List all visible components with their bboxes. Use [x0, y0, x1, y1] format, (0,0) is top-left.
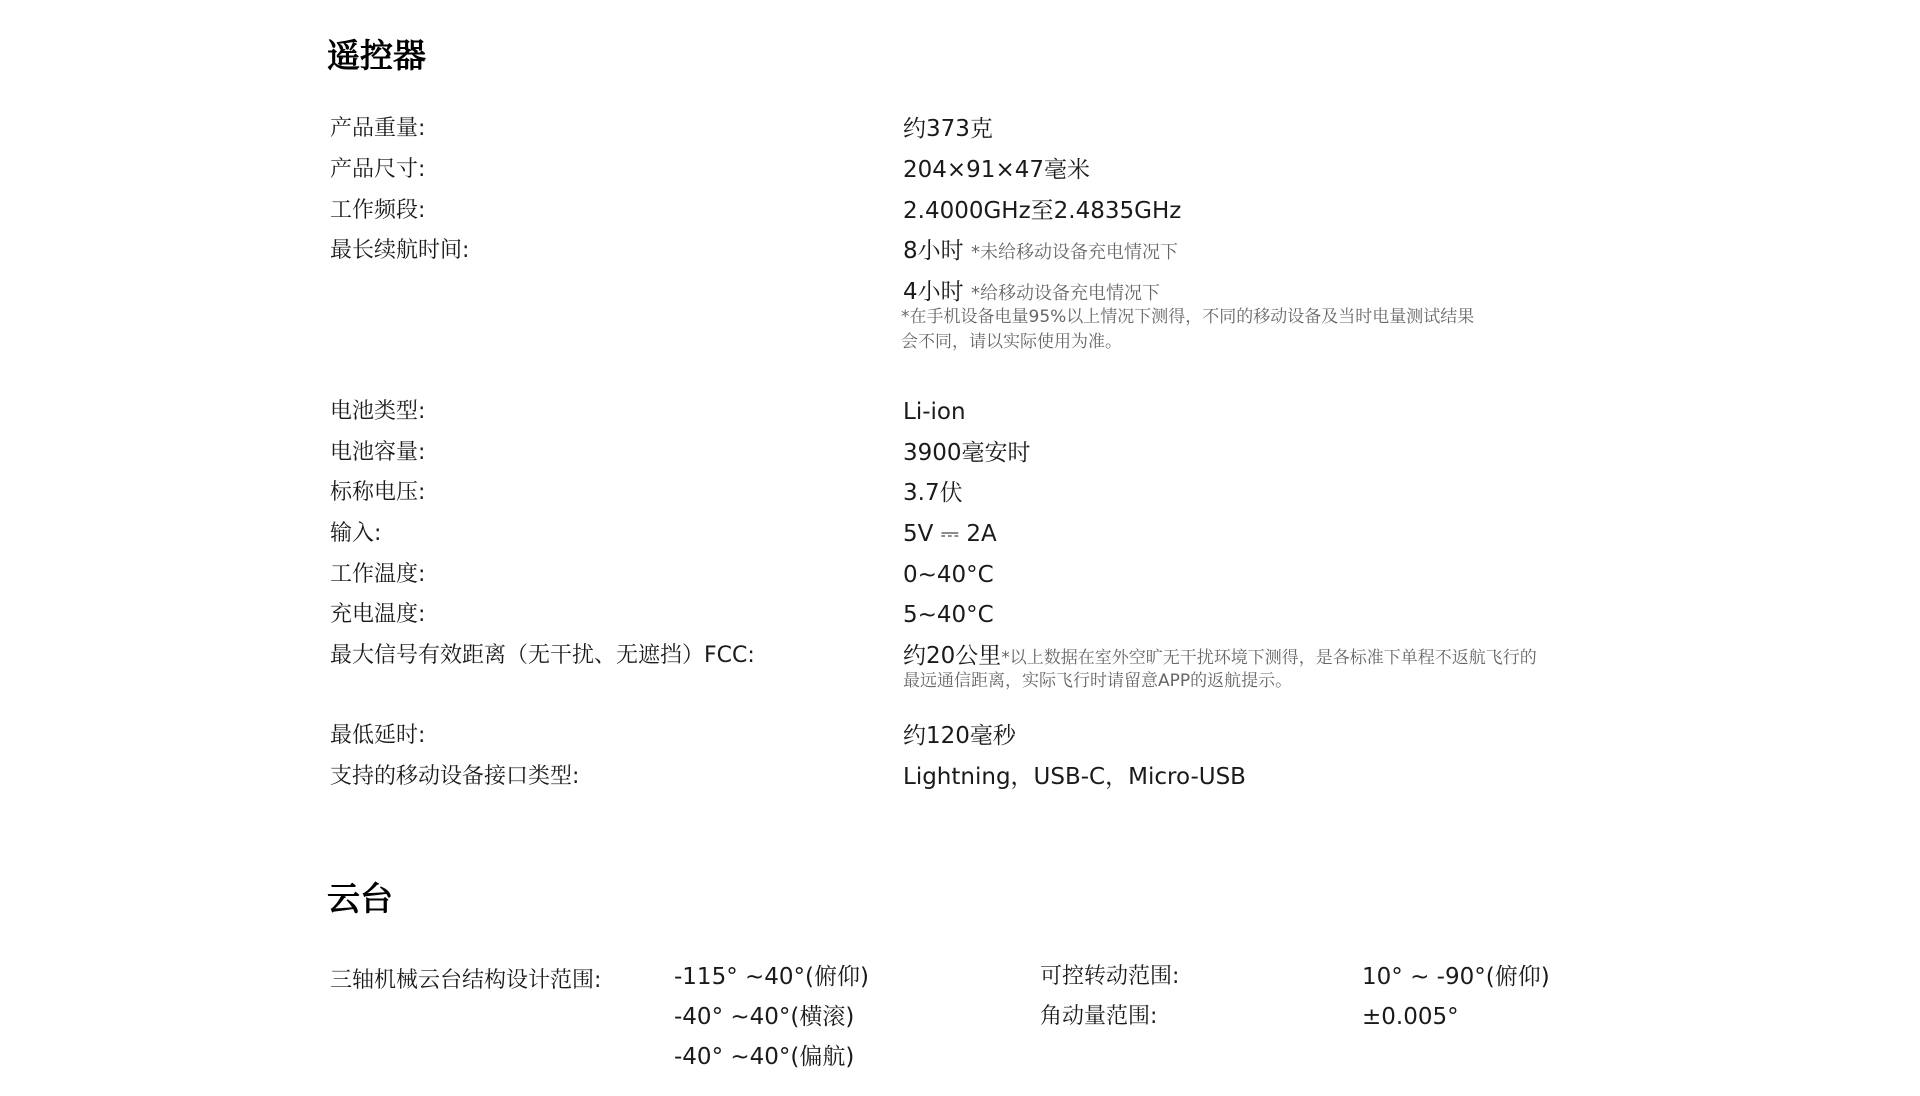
spec-value-input: 5V ⎓ 2A [903, 519, 997, 549]
gimbal-angular-label: 角动量范围: [1040, 1002, 1157, 1032]
spec-label-frequency: 工作频段: [330, 196, 425, 226]
spec-label-input: 输入: [330, 519, 381, 549]
gimbal-structure-value-roll: -40° ~40°(横滚) [674, 1002, 854, 1032]
max-range-value: 约20公里 [903, 643, 1001, 669]
spec-value-voltage: 3.7伏 [903, 478, 963, 508]
battery-footnote-line-2: 会不同，请以实际使用为准。 [901, 330, 1122, 354]
spec-label-battery-type: 电池类型: [330, 397, 425, 427]
max-range-note: *以上数据在室外空旷无干扰环境下测得，是各标准下单程不返航飞行的 [1001, 648, 1537, 668]
battery-life-value: 8小时 [903, 238, 964, 264]
spec-label-dimensions: 产品尺寸: [330, 155, 425, 185]
gimbal-controllable-value: 10° ~ -90°(俯仰) [1362, 962, 1550, 992]
gimbal-structure-value-pitch: -115° ~40°(俯仰) [674, 962, 869, 992]
spec-value-battery-life-8h: 8小时 *未给移动设备充电情况下 [903, 236, 1178, 268]
spec-label-weight: 产品重量: [330, 114, 425, 144]
spec-label-charging-temp: 充电温度: [330, 600, 425, 630]
spec-label-battery-life: 最长续航时间: [330, 236, 469, 266]
spec-label-max-range: 最大信号有效距离（无干扰、无遮挡）FCC: [330, 641, 755, 671]
spec-value-ports: Lightning，USB-C，Micro-USB [903, 762, 1246, 792]
spec-value-battery-capacity: 3900毫安时 [903, 438, 1031, 468]
spec-value-charging-temp: 5~40°C [903, 600, 994, 630]
spec-label-latency: 最低延时: [330, 721, 425, 751]
spec-value-battery-type: Li-ion [903, 397, 966, 427]
battery-life-note: *未给移动设备充电情况下 [971, 242, 1178, 263]
spec-value-latency: 约120毫秒 [903, 721, 1016, 751]
section-title-gimbal: 云台 [327, 879, 393, 919]
max-range-footnote-line-2: 最远通信距离，实际飞行时请留意APP的返航提示。 [903, 669, 1292, 693]
battery-life-value-charging: 4小时 [903, 279, 964, 305]
spec-label-ports: 支持的移动设备接口类型: [330, 762, 579, 792]
spec-value-operating-temp: 0~40°C [903, 560, 994, 590]
gimbal-structure-value-yaw: -40° ~40°(偏航) [674, 1042, 854, 1072]
gimbal-angular-value: ±0.005° [1362, 1002, 1459, 1032]
spec-value-dimensions: 204×91×47毫米 [903, 155, 1090, 185]
gimbal-controllable-label: 可控转动范围: [1040, 962, 1179, 992]
battery-footnote-line-1: *在手机设备电量95%以上情况下测得，不同的移动设备及当时电量测试结果 [901, 305, 1474, 329]
spec-value-frequency: 2.4000GHz至2.4835GHz [903, 196, 1181, 226]
battery-life-note-charging: *给移动设备充电情况下 [971, 283, 1160, 304]
gimbal-structure-label: 三轴机械云台结构设计范围: [330, 966, 601, 996]
spec-label-operating-temp: 工作温度: [330, 560, 425, 590]
spec-label-battery-capacity: 电池容量: [330, 438, 425, 468]
section-title-remote: 遥控器 [327, 36, 426, 76]
spec-label-voltage: 标称电压: [330, 478, 425, 508]
spec-value-weight: 约373克 [903, 114, 993, 144]
